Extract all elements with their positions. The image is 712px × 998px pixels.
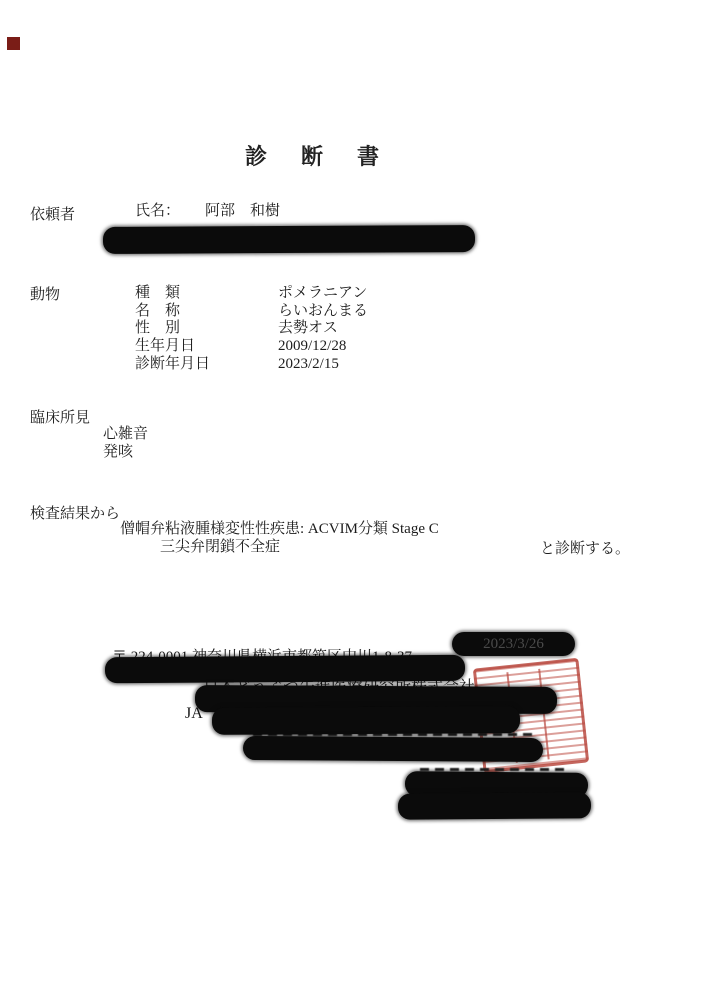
medical-certificate-page: 診 断 書 依頼者 氏名： 阿部 和樹 動物 種 類 ポメラニアン 名 称 らい… xyxy=(0,0,712,998)
requester-name-label: 氏名： xyxy=(135,203,180,220)
animal-row-value: らいおんまる xyxy=(278,303,368,320)
redaction-bar-issue-date: 2023/3/26 xyxy=(452,632,575,656)
animal-row-label: 名 称 xyxy=(135,303,180,320)
animal-row-value: ポメラニアン xyxy=(278,285,367,302)
redaction-bar-address xyxy=(105,655,465,684)
requester-section-label: 依頼者 xyxy=(30,203,75,224)
requester-name-value: 阿部 和樹 xyxy=(205,203,280,220)
animal-row-value: 2023/2/15 xyxy=(278,356,339,373)
clinical-section-label: 臨床所見 xyxy=(30,406,90,427)
animal-row-label: 性 別 xyxy=(135,320,180,337)
document-title: 診 断 書 xyxy=(245,140,385,171)
animal-section-label: 動物 xyxy=(30,283,60,304)
animal-row-value: 2009/12/28 xyxy=(278,338,346,355)
clinical-finding: 発咳 xyxy=(103,444,133,461)
redaction-bar-company-line2 xyxy=(212,706,520,735)
animal-row-label: 種 類 xyxy=(135,285,180,302)
redaction-bar-signer-2 xyxy=(398,792,591,819)
animal-row-value: 去勢オス xyxy=(278,320,338,337)
redaction-bar-requester-address xyxy=(103,225,475,254)
diagnosis-line1: 僧帽弁粘液腫様変性性疾患: ACVIM分類 Stage C xyxy=(120,521,439,538)
animal-row-label: 生年月日 xyxy=(135,338,195,355)
animal-row-label: 診断年月日 xyxy=(135,356,210,373)
redaction-bar-tel xyxy=(243,736,543,762)
clinical-finding: 心雑音 xyxy=(103,426,148,443)
diagnosis-section-label: 検査結果から xyxy=(30,502,120,523)
issue-date-faint-text: 2023/3/26 xyxy=(452,632,575,656)
diagnosis-line2: 三尖弁閉鎖不全症 xyxy=(160,539,280,556)
diagnosis-suffix: と診断する。 xyxy=(540,541,630,558)
scan-corner-mark xyxy=(7,37,20,50)
